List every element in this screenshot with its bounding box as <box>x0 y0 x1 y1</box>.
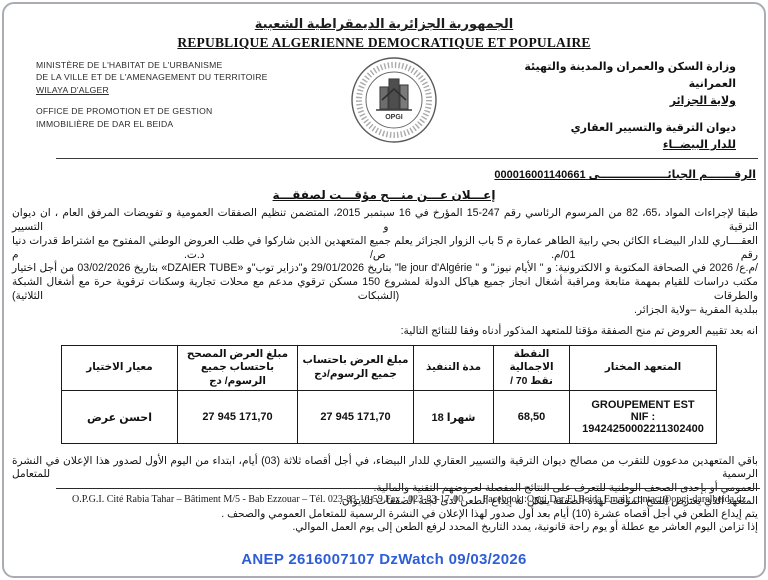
ministry-line-2: DE LA VILLE ET DE L'AMENAGEMENT DU TERRI… <box>36 71 314 83</box>
opgi-logo-label: OPGI <box>385 114 403 121</box>
note-line-1: باقي المتعهدين مدعوون للتقرب من مصالح دي… <box>12 455 758 481</box>
opgi-ar-line: ديوان الترقية والتسيير العقاري <box>474 120 736 137</box>
body-line-4: مكتب دراسات للقيام بمهمة متابعة ومراقبة … <box>12 276 758 304</box>
document-page: الجمهورية الجزائرية الديمقراطية الشعبية … <box>2 2 766 578</box>
note-line-5: إذا تزامن اليوم العاشر مع عطلة أو يوم را… <box>12 521 758 534</box>
col-header-offer-amount: مبلغ العرض باحتساب جميع الرسوم/دج <box>298 345 414 391</box>
bidder-name: GROUPEMENT EST <box>573 399 713 411</box>
office-line-2: IMMOBILIÈRE DE DAR EL BEIDA <box>36 118 314 130</box>
cell-duration: 18 شهرا <box>414 391 494 444</box>
office-line-1: OFFICE DE PROMOTION ET DE GESTION <box>36 105 314 117</box>
dar-el-beida-ar-line: للدار البيضــاء <box>474 137 736 154</box>
cell-total-score: 68,50 <box>494 391 570 444</box>
logo-wrap: OPGI <box>314 55 474 145</box>
tax-reference-number: 000016001140661 <box>494 169 585 181</box>
col-header-total-score: النقطة الاجمالية نقط 70 / <box>494 345 570 391</box>
opgi-stamp-icon: OPGI <box>349 55 439 145</box>
tax-reference-label: الرقـــــــم الجبائــــــــــــــــــى <box>589 169 756 181</box>
results-table: المتعهد المختار النقطة الاجمالية نقط 70 … <box>61 345 717 445</box>
note-line-4: يتم إيداع الطعن في أجل أقصاه عشرة (10) أ… <box>12 508 758 521</box>
ministry-block-ar: وزارة السكن والعمران والمدينة والتهيئة ا… <box>474 59 736 154</box>
body-line-1: طبقا لإجراءات المواد ،65، 82 من المرسوم … <box>12 207 758 235</box>
cell-offer-amount: 27 945 171,70 <box>298 391 414 444</box>
tax-reference-line: الرقـــــــم الجبائــــــــــــــــــى 0… <box>4 168 756 181</box>
cell-corrected-amount: 27 945 171,70 <box>178 391 298 444</box>
body-line-3: /م.ع/ 2026 في الصحافة المكتوبة و الالكتر… <box>12 262 758 276</box>
letterhead: MINISTÈRE DE L'HABITAT DE L'URBANISME DE… <box>36 59 736 154</box>
ministry-block-fr: MINISTÈRE DE L'HABITAT DE L'URBANISME DE… <box>36 59 314 130</box>
announcement-body: طبقا لإجراءات المواد ،65، 82 من المرسوم … <box>12 207 758 317</box>
ministry-ar-line-1: وزارة السكن والعمران والمدينة والتهيئة ا… <box>474 59 736 93</box>
arabic-republic-heading: الجمهورية الجزائرية الديمقراطية الشعبية <box>4 16 764 32</box>
col-header-selected-bidder: المتعهد المختار <box>570 345 717 391</box>
results-intro: انه بعد تقييم العروض تم منح الصفقة مؤقتا… <box>4 325 758 337</box>
announcement-title: إعـــلان عـــن منـــح مؤقـــت لصفقـــة <box>4 188 764 202</box>
results-table-data-row: GROUPEMENT EST NIF : 1942425000221130240… <box>62 391 717 444</box>
ministry-line-1: MINISTÈRE DE L'HABITAT DE L'URBANISME <box>36 59 314 71</box>
body-line-5: ببلدية المقرية –ولاية الجزائر. <box>12 304 758 318</box>
header-divider <box>56 158 758 159</box>
footer-divider <box>56 488 760 489</box>
french-republic-heading: REPUBLIQUE ALGERIENNE DEMOCRATIQUE ET PO… <box>4 35 764 51</box>
results-table-header-row: المتعهد المختار النقطة الاجمالية نقط 70 … <box>62 345 717 391</box>
col-header-duration: مدة التنفيذ <box>414 345 494 391</box>
cell-criteria: احسن عرض <box>62 391 178 444</box>
wilaya-ar-line: ولاية الجزائر <box>474 93 736 110</box>
body-line-2: العقــــاري للدار البيضـاء الكائن بحي را… <box>12 235 758 263</box>
cell-selected-bidder: GROUPEMENT EST NIF : 1942425000221130240… <box>570 391 717 444</box>
wilaya-line: WILAYA D'ALGER <box>36 84 314 96</box>
col-header-corrected-amount: مبلغ العرض المصحح باحتساب جميع الرسوم/ د… <box>178 345 298 391</box>
col-header-criteria: معيار الاختيار <box>62 345 178 391</box>
page-footer: O.P.G.I. Cité Rabia Tahar – Bâtiment M/5… <box>4 488 764 505</box>
footer-contact-social: Facebook :Opgi Dar El Beida Email: conta… <box>483 494 746 505</box>
footer-contact-address: O.P.G.I. Cité Rabia Tahar – Bâtiment M/5… <box>72 494 463 505</box>
anep-line: ANEP 2616007107 DzWatch 09/03/2026 <box>4 551 764 568</box>
bidder-nif: NIF : 19424250002211302400 <box>573 411 713 435</box>
